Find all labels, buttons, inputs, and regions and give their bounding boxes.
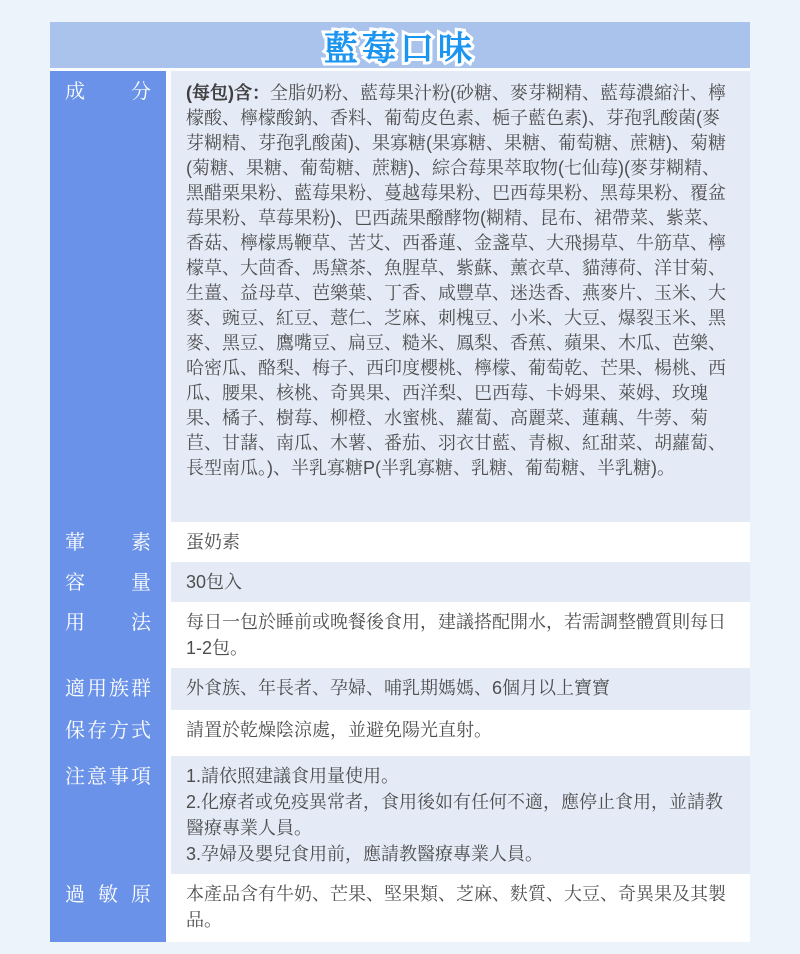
diet-type-content: 蛋奶素 [171,522,750,562]
row-storage-method: 保存方式 請置於乾燥陰涼處，並避免陽光直射。 [50,710,750,756]
row-diet-type: 葷素 蛋奶素 [50,522,750,562]
diet-type-label: 葷素 [50,522,166,562]
row-usage: 用法 每日一包於睡前或晚餐後食用，建議搭配開水，若需調整體質則每日1-2包。 [50,602,750,668]
page-background: 藍莓口味 成分 (每包)含：全脂奶粉、藍莓果汁粉(砂糖、麥芽糊精、藍莓濃縮汁、檸… [0,0,800,954]
ingredients-label: 成分 [50,71,166,522]
row-capacity: 容量 30包入 [50,562,750,602]
flavor-title: 藍莓口味 [324,21,476,70]
allergens-content: 本產品含有牛奶、芒果、堅果類、芝麻、麩質、大豆、奇異果及其製品。 [171,874,750,942]
row-precautions: 注意事項 1.請依照建議食用量使用。 2.化療者或免疫異常者，食用後如有任何不適… [50,756,750,874]
product-spec-table: 成分 (每包)含：全脂奶粉、藍莓果汁粉(砂糖、麥芽糊精、藍莓濃縮汁、檸檬酸、檸檬… [50,71,750,942]
usage-content: 每日一包於睡前或晚餐後食用，建議搭配開水，若需調整體質則每日1-2包。 [171,602,750,668]
capacity-content: 30包入 [171,562,750,602]
ingredients-text: 全脂奶粉、藍莓果汁粉(砂糖、麥芽糊精、藍莓濃縮汁、檸檬酸、檸檬酸鈉、香料、葡萄皮… [186,83,726,478]
row-target-audience: 適用族群 外食族、年長者、孕婦、哺乳期媽媽、6個月以上寶寶 [50,668,750,710]
flavor-title-bar: 藍莓口味 [50,22,750,68]
allergens-label: 過敏原 [50,874,166,942]
capacity-label: 容量 [50,562,166,602]
target-audience-content: 外食族、年長者、孕婦、哺乳期媽媽、6個月以上寶寶 [171,668,750,710]
product-info-card: 藍莓口味 成分 (每包)含：全脂奶粉、藍莓果汁粉(砂糖、麥芽糊精、藍莓濃縮汁、檸… [50,22,750,942]
row-ingredients: 成分 (每包)含：全脂奶粉、藍莓果汁粉(砂糖、麥芽糊精、藍莓濃縮汁、檸檬酸、檸檬… [50,71,750,522]
row-allergens: 過敏原 本產品含有牛奶、芒果、堅果類、芝麻、麩質、大豆、奇異果及其製品。 [50,874,750,942]
precautions-content: 1.請依照建議食用量使用。 2.化療者或免疫異常者，食用後如有任何不適，應停止食… [171,756,750,874]
precautions-label: 注意事項 [50,756,166,874]
ingredients-content: (每包)含：全脂奶粉、藍莓果汁粉(砂糖、麥芽糊精、藍莓濃縮汁、檸檬酸、檸檬酸鈉、… [171,71,750,522]
usage-label: 用法 [50,602,166,668]
target-audience-label: 適用族群 [50,668,166,710]
storage-method-label: 保存方式 [50,710,166,756]
storage-method-content: 請置於乾燥陰涼處，並避免陽光直射。 [171,710,750,756]
ingredients-prefix: (每包)含： [186,83,270,103]
